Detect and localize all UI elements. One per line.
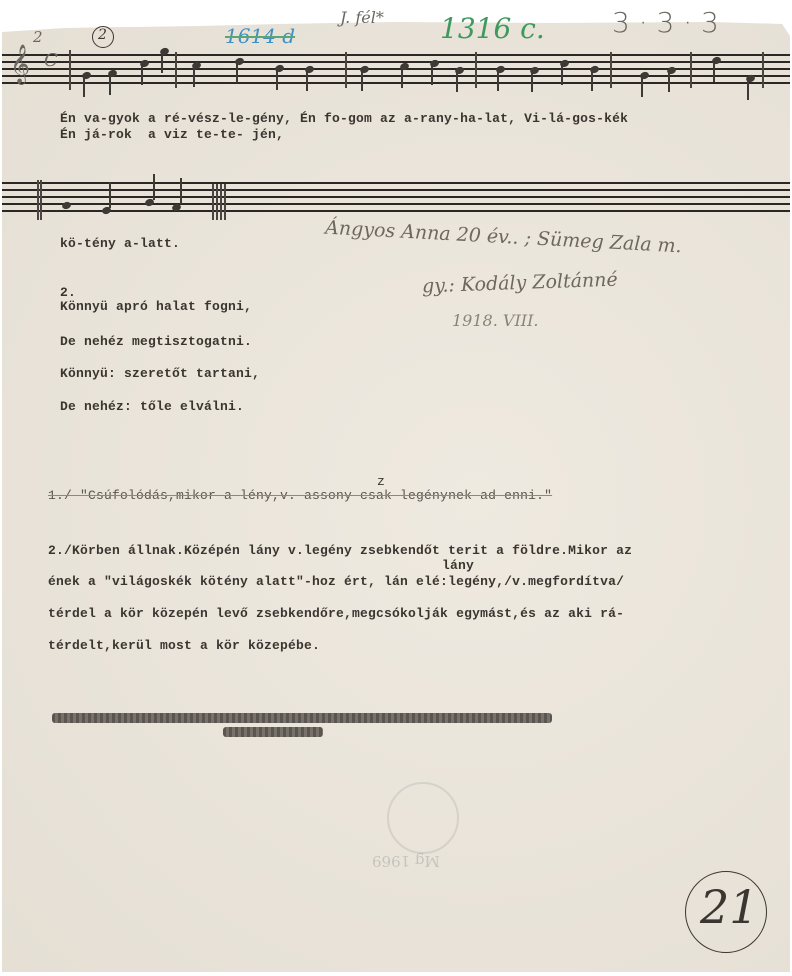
barline [40,180,42,220]
scribbled-out-text [52,713,552,723]
barline [762,52,764,88]
blue-catalog-number: 1614 d [225,24,295,48]
verse-number: 2. [60,285,76,300]
circled-number: 2 [92,26,114,48]
lyrics-line-2: Én já-rok a viz te-te- jén, [60,127,284,142]
lyrics-line-3: kö-tény a-latt. [60,236,180,251]
barline [610,52,612,88]
note-2-line-1: 2./Körben állnak.Középén lány v.legény z… [48,543,632,558]
barline [475,52,477,88]
note-2-line-3: térdel a kör közepén levő zsebkendőre,me… [48,606,624,621]
barline [345,52,347,88]
verse-line: De nehéz: tőle elválni. [60,399,244,414]
green-catalog-number: 1316 c. [440,12,545,45]
bracket-mark [69,50,71,90]
classification-number: 3 · 3 · 3 [612,6,719,39]
scribbled-out-text [223,727,323,737]
verse-line: De nehéz megtisztogatni. [60,334,252,349]
page-number: 21 [700,880,759,934]
treble-clef-icon: 𝄞 [10,44,30,84]
faded-stamp [387,782,459,854]
crossed-note-1: 1./ "Csúfolódás,mikor a lény,v. assony c… [48,488,552,503]
music-staff-2 [2,182,790,214]
time-signature-icon: C [44,50,58,71]
note-2-line-2: ének a "világoskék kötény alatt"-hoz ért… [48,574,624,589]
insertion-mark: z [377,474,385,489]
barline [37,180,39,220]
faded-stamp-number: Mg 1969 [372,852,440,870]
insertion-word: lány [442,558,474,573]
lyrics-line-1: Én va-gyok a ré-vész-le-gény, Én fo-gom … [60,111,628,126]
verse-line: Könnyü: szeretőt tartani, [60,366,260,381]
barline [690,52,692,88]
note-2-line-4: térdelt,kerül most a kör közepébe. [48,638,320,653]
barline [175,52,177,88]
verse-line: Könnyü apró halat fogni, [60,299,252,314]
verse-mark: 2 [33,28,43,46]
collection-date: 1918. VIII. [452,311,539,330]
pencil-note: J. fél* [340,8,384,27]
